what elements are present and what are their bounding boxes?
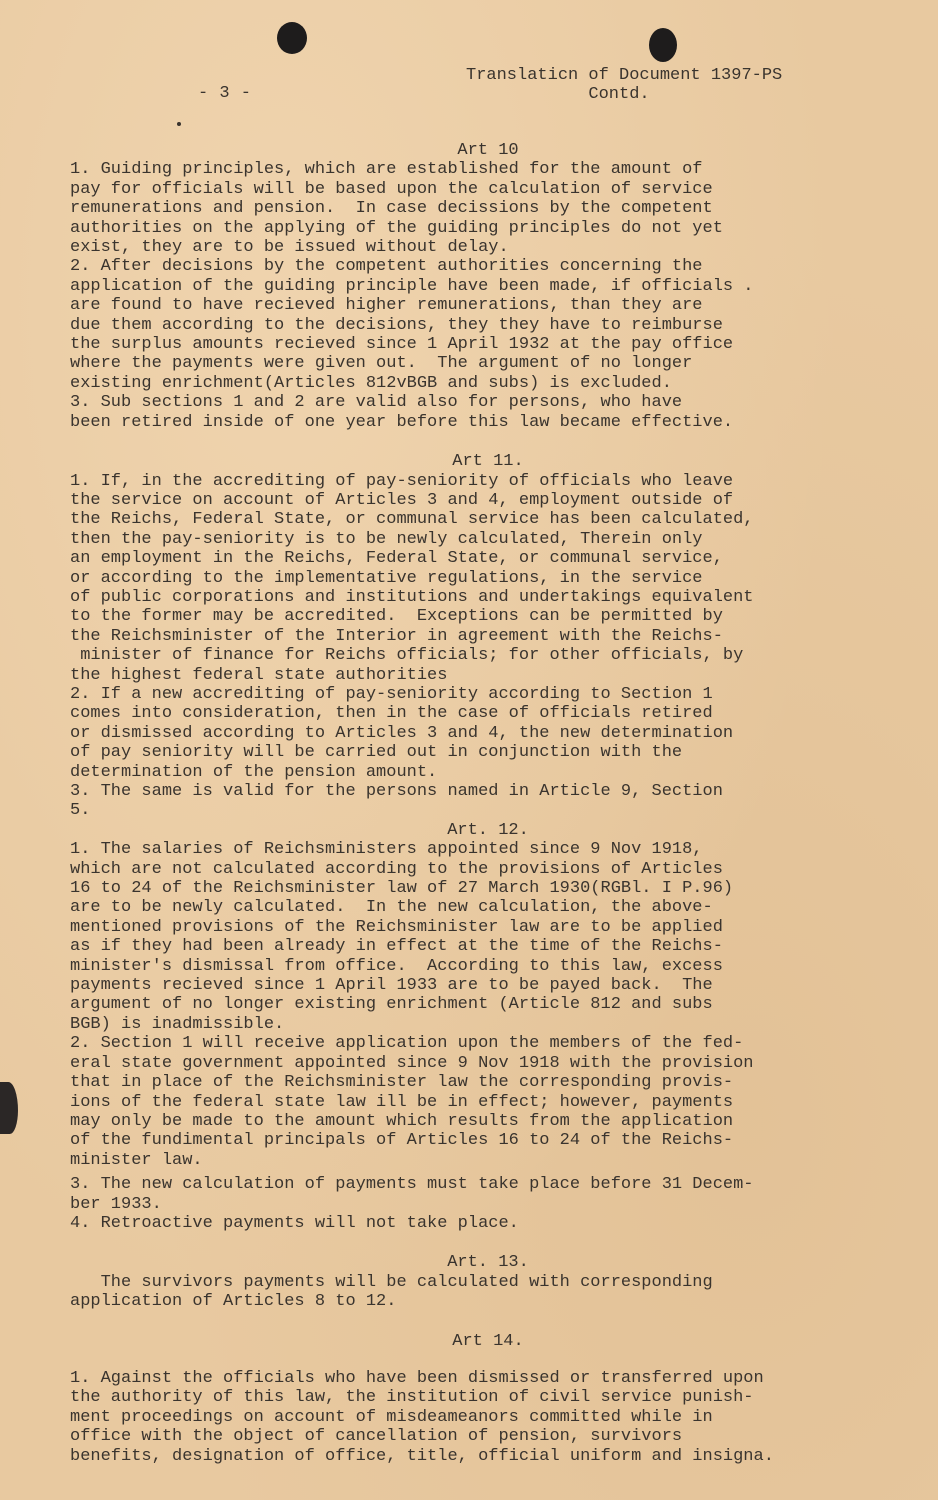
text-line: 4. Retroactive payments will not take pl…	[70, 1214, 870, 1233]
article-title: Art 11.	[106, 452, 870, 471]
article-text: 1. Against the officials who have been d…	[70, 1369, 870, 1466]
text-line: mentioned provisions of the Reichsminist…	[70, 918, 870, 937]
document-body: Art 10 1. Guiding principles, which are …	[70, 141, 870, 1466]
article-11: Art 11. 1. If, in the accrediting of pay…	[70, 452, 870, 821]
article-title: Art. 12.	[106, 821, 870, 840]
text-line: the highest federal state authorities	[70, 666, 870, 685]
text-line: minister law.	[70, 1151, 870, 1170]
text-line: 2. After decisions by the competent auth…	[70, 257, 870, 276]
text-line: benefits, designation of office, title, …	[70, 1447, 870, 1466]
article-text: The survivors payments will be calculate…	[70, 1273, 870, 1312]
text-line: comes into consideration, then in the ca…	[70, 704, 870, 723]
document-header: Translaticn of Document 1397-PS Contd.	[466, 66, 846, 104]
text-line: which are not calculated according to th…	[70, 860, 870, 879]
text-line: ions of the federal state law ill be in …	[70, 1093, 870, 1112]
text-line: 1. Guiding principles, which are establi…	[70, 160, 870, 179]
text-line: that in place of the Reichsminister law …	[70, 1073, 870, 1092]
stray-mark	[177, 122, 181, 126]
text-line: 1. Against the officials who have been d…	[70, 1369, 870, 1388]
text-line: been retired inside of one year before t…	[70, 413, 870, 432]
text-line: 16 to 24 of the Reichsminister law of 27…	[70, 879, 870, 898]
article-title: Art 10	[106, 141, 870, 160]
text-line: 1. If, in the accrediting of pay-seniori…	[70, 472, 870, 491]
text-line: to the former may be accredited. Excepti…	[70, 607, 870, 626]
text-line: minister of finance for Reichs officials…	[70, 646, 870, 665]
text-line: of the fundimental principals of Article…	[70, 1131, 870, 1150]
text-line: the surplus amounts recieved since 1 Apr…	[70, 335, 870, 354]
text-line: The survivors payments will be calculate…	[70, 1273, 870, 1292]
article-12: Art. 12. 1. The salaries of Reichsminist…	[70, 821, 870, 1234]
article-title: Art 14.	[106, 1332, 870, 1351]
text-line: are found to have recieved higher remune…	[70, 296, 870, 315]
text-line: authorities on the applying of the guidi…	[70, 219, 870, 238]
article-13: Art. 13. The survivors payments will be …	[70, 1253, 870, 1311]
text-line: 3. The new calculation of payments must …	[70, 1175, 870, 1194]
text-line: the Reichs, Federal State, or communal s…	[70, 510, 870, 529]
text-line: of pay seniority will be carried out in …	[70, 743, 870, 762]
punch-hole-right	[649, 28, 677, 62]
text-line: 1. The salaries of Reichsministers appoi…	[70, 840, 870, 859]
text-line: may only be made to the amount which res…	[70, 1112, 870, 1131]
text-line: eral state government appointed since 9 …	[70, 1054, 870, 1073]
text-line: the Reichsminister of the Interior in ag…	[70, 627, 870, 646]
edge-clip-mark	[0, 1082, 18, 1134]
text-line: where the payments were given out. The a…	[70, 354, 870, 373]
text-line: the authority of this law, the instituti…	[70, 1388, 870, 1407]
text-line: 5.	[70, 801, 870, 820]
text-line: 3. Sub sections 1 and 2 are valid also f…	[70, 393, 870, 412]
article-14: Art 14. 1. Against the officials who hav…	[70, 1332, 870, 1466]
text-line: application of the guiding principle hav…	[70, 277, 870, 296]
text-line: an employment in the Reichs, Federal Sta…	[70, 549, 870, 568]
article-text: 1. If, in the accrediting of pay-seniori…	[70, 472, 870, 821]
text-line: 3. The same is valid for the persons nam…	[70, 782, 870, 801]
text-line: as if they had been already in effect at…	[70, 937, 870, 956]
text-line: or according to the implementative regul…	[70, 569, 870, 588]
text-line: or dismissed according to Articles 3 and…	[70, 724, 870, 743]
article-text: 1. Guiding principles, which are establi…	[70, 160, 870, 432]
text-line: 2. Section 1 will receive application up…	[70, 1034, 870, 1053]
text-line: minister's dismissal from office. Accord…	[70, 957, 870, 976]
article-title: Art. 13.	[106, 1253, 870, 1272]
article-10: Art 10 1. Guiding principles, which are …	[70, 141, 870, 432]
text-line: argument of no longer existing enrichmen…	[70, 995, 870, 1014]
text-line: are to be newly calculated. In the new c…	[70, 898, 870, 917]
text-line: application of Articles 8 to 12.	[70, 1292, 870, 1311]
text-line: pay for officials will be based upon the…	[70, 180, 870, 199]
text-line: ber 1933.	[70, 1195, 870, 1214]
text-line: payments recieved since 1 April 1933 are…	[70, 976, 870, 995]
text-line: due them according to the decisions, the…	[70, 316, 870, 335]
punch-hole-left	[277, 22, 307, 54]
text-line: existing enrichment(Articles 812vBGB and…	[70, 374, 870, 393]
text-line: remunerations and pension. In case decis…	[70, 199, 870, 218]
text-line: office with the object of cancellation o…	[70, 1427, 870, 1446]
text-line: then the pay-seniority is to be newly ca…	[70, 530, 870, 549]
text-line: exist, they are to be issued without del…	[70, 238, 870, 257]
translation-title: Translaticn of Document 1397-PS	[466, 66, 846, 85]
article-text: 1. The salaries of Reichsministers appoi…	[70, 840, 870, 1233]
text-line: 2. If a new accrediting of pay-seniority…	[70, 685, 870, 704]
text-line: determination of the pension amount.	[70, 763, 870, 782]
text-line: BGB) is inadmissible.	[70, 1015, 870, 1034]
continued-label: Contd.	[392, 85, 846, 104]
text-line: of public corporations and institutions …	[70, 588, 870, 607]
text-line: the service on account of Articles 3 and…	[70, 491, 870, 510]
page-number: - 3 -	[198, 84, 252, 103]
text-line: ment proceedings on account of misdeamea…	[70, 1408, 870, 1427]
